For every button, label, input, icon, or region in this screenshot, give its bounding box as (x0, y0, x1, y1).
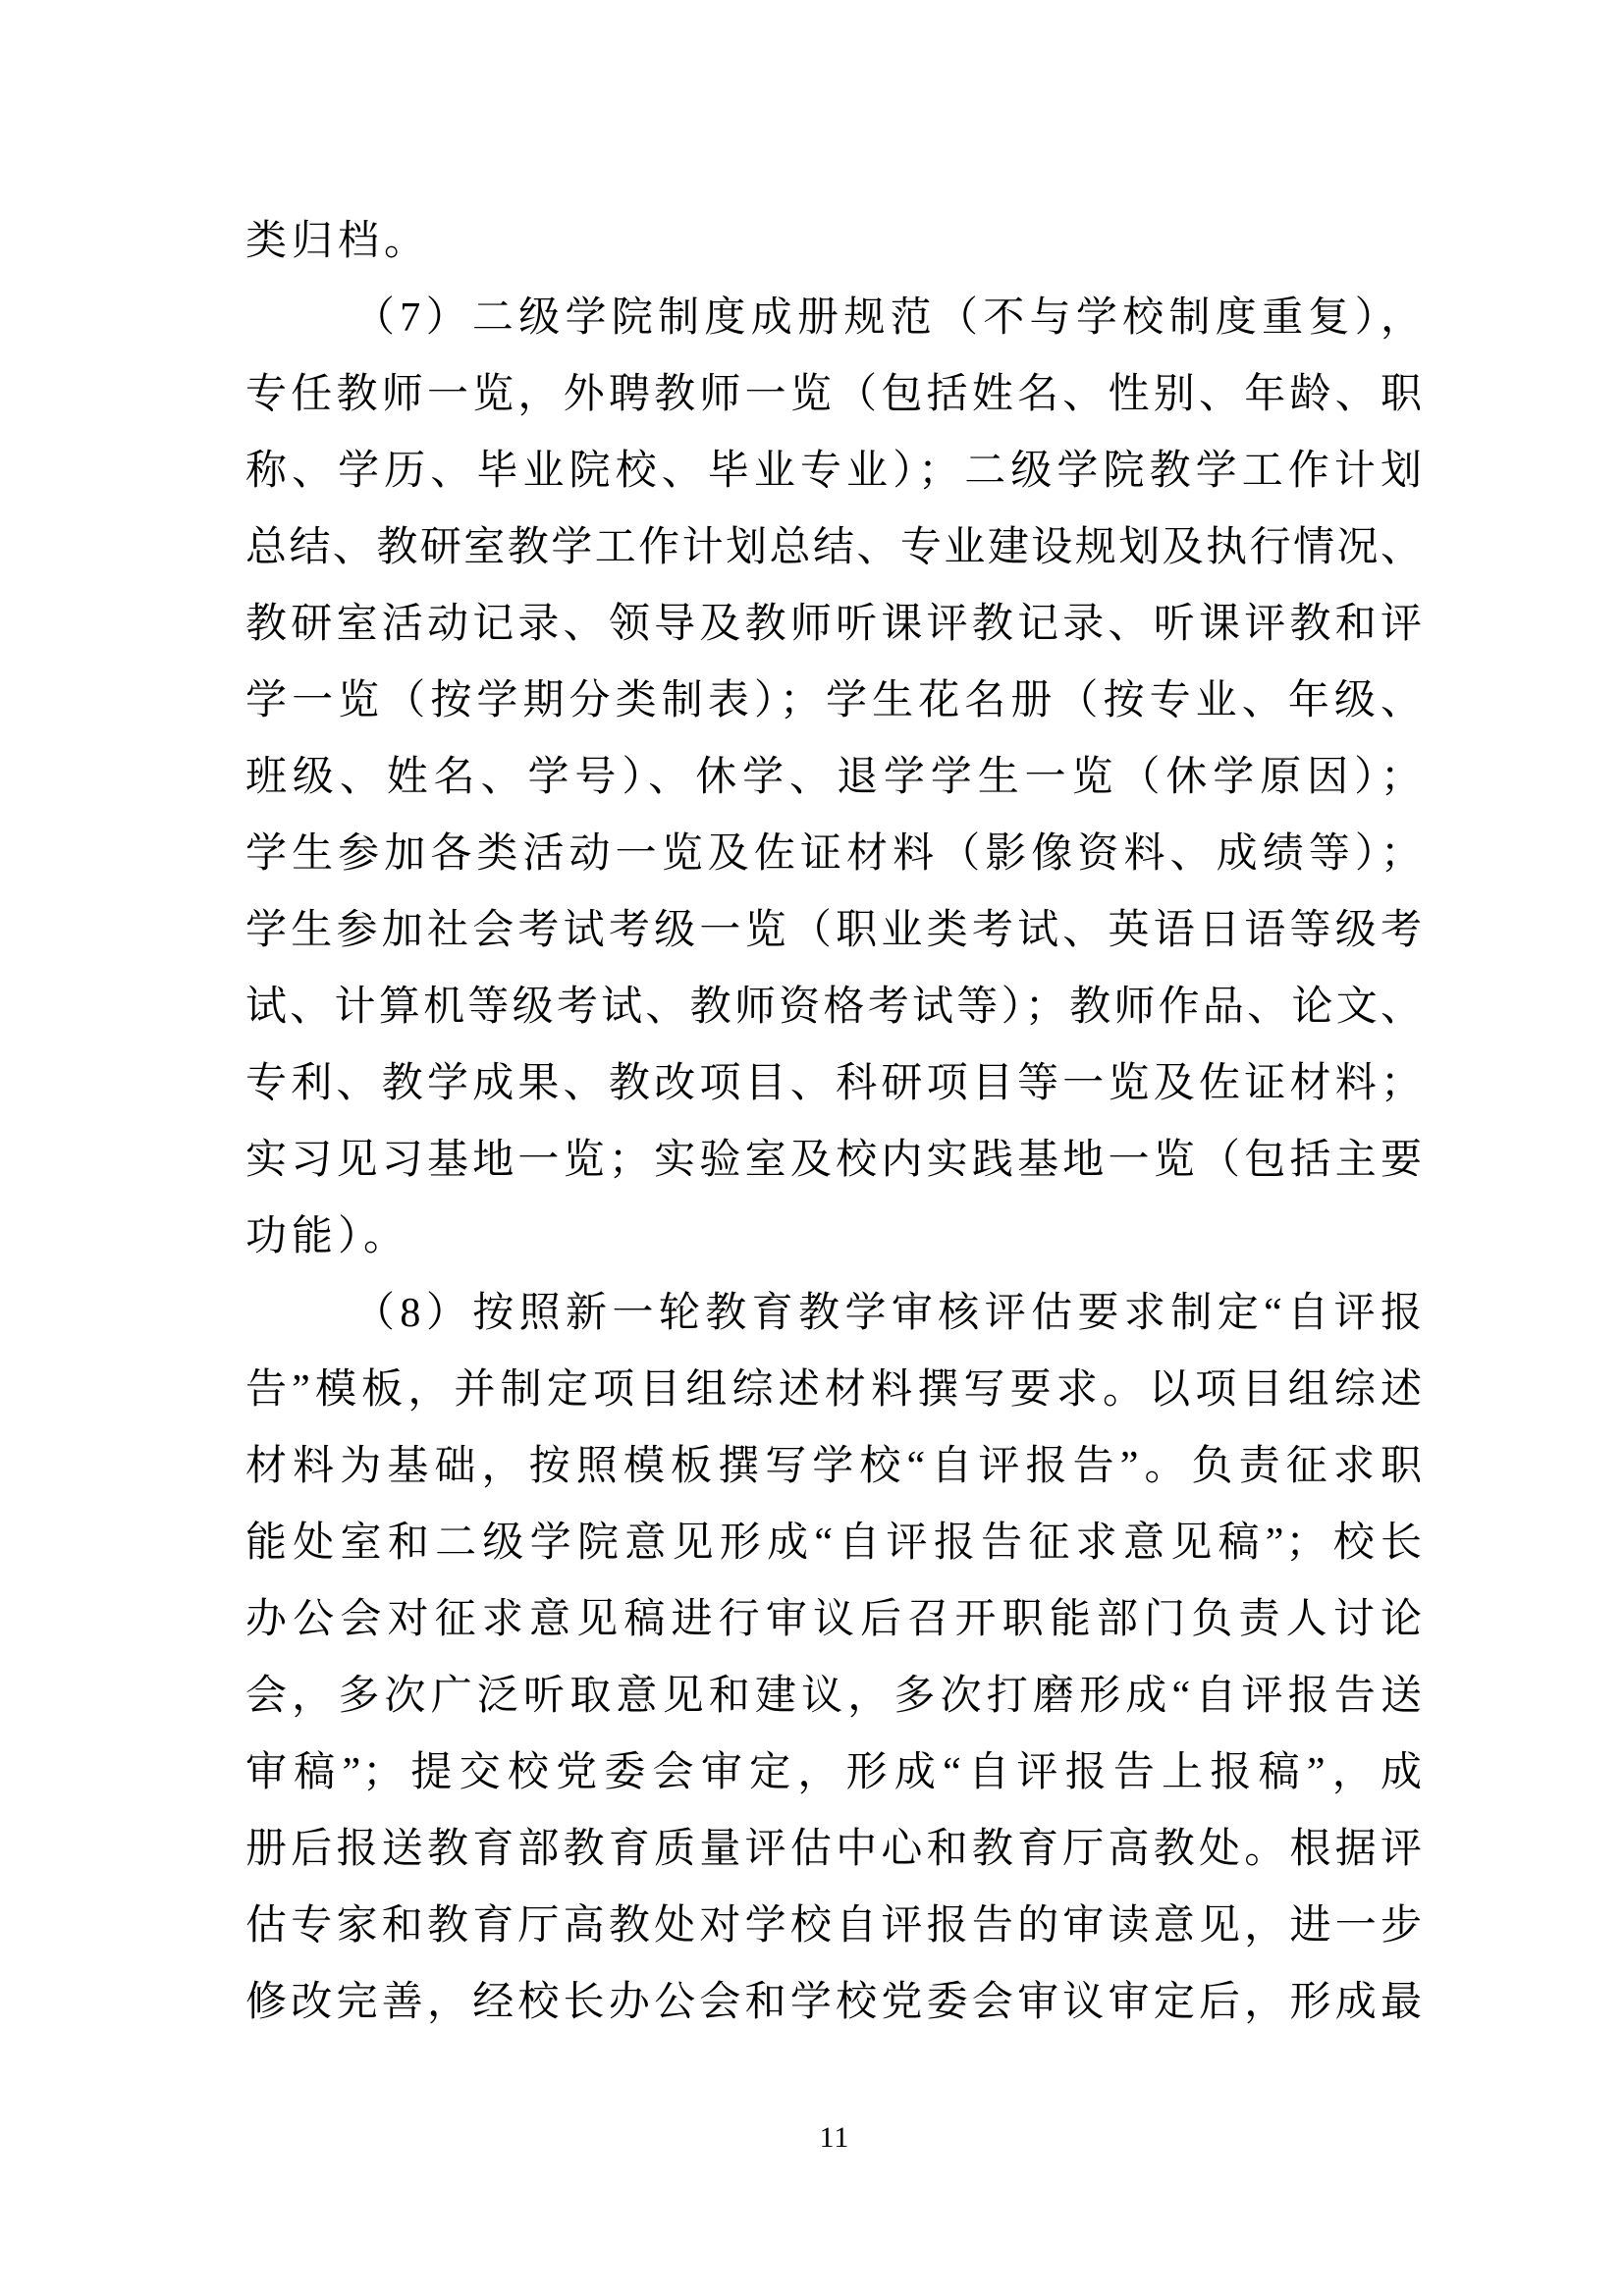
text-line: 专利、教学成果、教改项目、科研项目等一览及佐证材料； (245, 1045, 1424, 1122)
text-line: 审稿”；提交校党委会审定，形成“自评报告上报稿”，成 (245, 1735, 1424, 1811)
text-line: 会，多次广泛听取意见和建议，多次打磨形成“自评报告送 (245, 1658, 1424, 1735)
text-line: 实习见习基地一览；实验室及校内实践基地一览（包括主要 (245, 1122, 1424, 1199)
text-line: 总结、教研室教学工作计划总结、专业建设规划及执行情况、 (245, 509, 1424, 586)
text-line: 办公会对征求意见稿进行审议后召开职能部门负责人讨论 (245, 1581, 1424, 1658)
text-line: 学生参加各类活动一览及佐证材料（影像资料、成绩等）； (245, 816, 1424, 892)
page-footer: 11 (245, 2118, 1424, 2158)
text-line: 修改完善，经校长办公会和学校党委会审议审定后，形成最 (245, 1964, 1424, 2041)
text-line: 材料为基础，按照模板撰写学校“自评报告”。负责征求职 (245, 1428, 1424, 1505)
text-line: （7）二级学院制度成册规范（不与学校制度重复）， (245, 280, 1424, 356)
text-line: 教研室活动记录、领导及教师听课评教记录、听课评教和评 (245, 586, 1424, 663)
text-line: 类归档。 (245, 203, 1424, 280)
text-line: （8）按照新一轮教育教学审核评估要求制定“自评报 (245, 1275, 1424, 1352)
text-line: 估专家和教育厅高教处对学校自评报告的审读意见，进一步 (245, 1888, 1424, 1964)
text-line: 专任教师一览，外聘教师一览（包括姓名、性别、年龄、职 (245, 356, 1424, 433)
text-line: 学一览（按学期分类制表）；学生花名册（按专业、年级、 (245, 663, 1424, 739)
page-number: 11 (820, 2121, 850, 2154)
text-line: 称、学历、毕业院校、毕业专业）；二级学院教学工作计划 (245, 433, 1424, 509)
text-line: 班级、姓名、学号）、休学、退学学生一览（休学原因）； (245, 739, 1424, 816)
document-body: 类归档。（7）二级学院制度成册规范（不与学校制度重复），专任教师一览，外聘教师一… (245, 203, 1424, 2041)
text-line: 册后报送教育部教育质量评估中心和教育厅高教处。根据评 (245, 1811, 1424, 1888)
text-line: 学生参加社会考试考级一览（职业类考试、英语日语等级考 (245, 892, 1424, 969)
document-page: 类归档。（7）二级学院制度成册规范（不与学校制度重复），专任教师一览，外聘教师一… (0, 0, 1624, 2296)
text-line: 能处室和二级学院意见形成“自评报告征求意见稿”；校长 (245, 1505, 1424, 1581)
text-line: 功能）。 (245, 1199, 1424, 1275)
text-line: 试、计算机等级考试、教师资格考试等）；教师作品、论文、 (245, 969, 1424, 1045)
text-line: 告”模板，并制定项目组综述材料撰写要求。以项目组综述 (245, 1352, 1424, 1428)
